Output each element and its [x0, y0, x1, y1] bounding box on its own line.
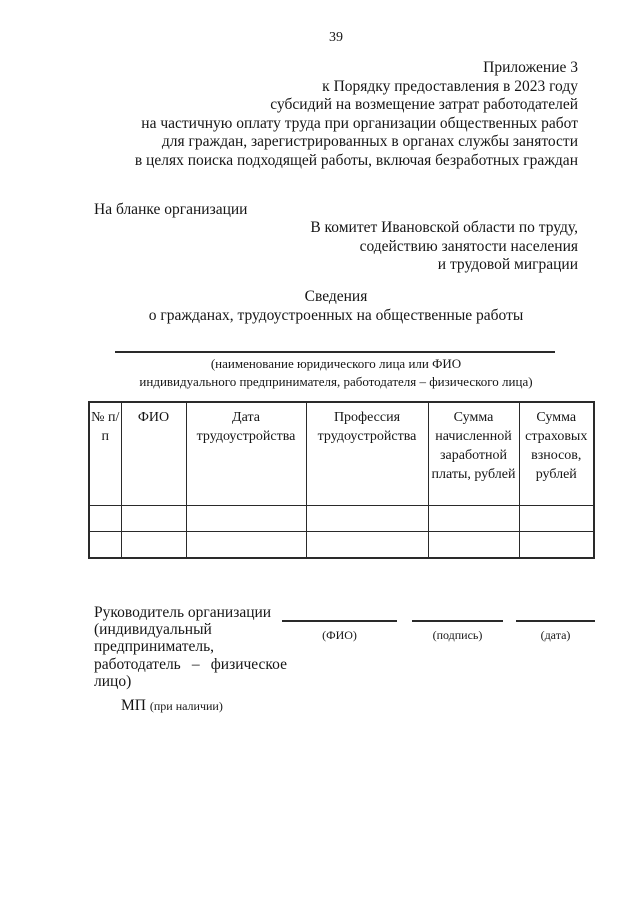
document-page: 39 Приложение 3 к Порядку предоставления… — [0, 0, 640, 905]
signature-field-caption: (подпись) — [412, 622, 503, 643]
signer-title-line: работодатель – физическое — [94, 656, 287, 673]
table-cell — [121, 506, 186, 532]
signature-field-podpis: (подпись) — [412, 620, 503, 643]
table-header-cell-insurance-sum: Сумма страховых взносов, рублей — [519, 402, 594, 506]
seal-availability-note: (при наличии) — [150, 699, 223, 713]
table-header-cell-number: № п/п — [89, 402, 121, 506]
signer-title-line: предприниматель, — [94, 638, 287, 655]
table-row — [89, 506, 594, 532]
appendix-line: к Порядку предоставления в 2023 году — [80, 78, 578, 97]
table-cell — [89, 506, 121, 532]
seal-note: МП (при наличии) — [121, 697, 223, 715]
table-cell — [306, 506, 428, 532]
table-cell — [186, 506, 306, 532]
table-cell — [89, 532, 121, 559]
employment-table: № п/п ФИО Дата трудоустройства Профессия… — [88, 401, 595, 559]
table-header-row: № п/п ФИО Дата трудоустройства Профессия… — [89, 402, 594, 506]
appendix-line: в целях поиска подходящей работы, включа… — [80, 152, 578, 171]
appendix-line: субсидий на возмещение затрат работодате… — [80, 96, 578, 115]
recipient-line: и трудовой миграции — [200, 256, 578, 275]
table-header-cell-fio: ФИО — [121, 402, 186, 506]
recipient-line: содействию занятости населения — [200, 238, 578, 257]
appendix-line: для граждан, зарегистрированных в органа… — [80, 133, 578, 152]
table-header-cell-salary-sum: Сумма начисленной заработной платы, рубл… — [428, 402, 519, 506]
table-cell — [186, 532, 306, 559]
document-title: Сведения о гражданах, трудоустроенных на… — [94, 288, 578, 325]
document-title-line: о гражданах, трудоустроенных на обществе… — [94, 307, 578, 326]
signature-field-fio: (ФИО) — [282, 620, 397, 643]
table-header-cell-profession: Профессия трудоустройства — [306, 402, 428, 506]
table-cell — [306, 532, 428, 559]
signer-title-line: лицо) — [94, 673, 287, 690]
page-number: 39 — [94, 30, 578, 46]
table-cell — [121, 532, 186, 559]
signer-title-block: Руководитель организации (индивидуальный… — [94, 604, 287, 690]
appendix-block: Приложение 3 к Порядку предоставления в … — [80, 59, 578, 171]
table-cell — [428, 506, 519, 532]
org-name-caption-line: (наименование юридического лица или ФИО — [94, 355, 578, 373]
org-name-caption-line: индивидуального предпринимателя, работод… — [94, 373, 578, 391]
table-header-cell-employment-date: Дата трудоустройства — [186, 402, 306, 506]
document-title-line: Сведения — [94, 288, 578, 307]
table-cell — [519, 506, 594, 532]
seal-label: МП — [121, 697, 146, 714]
table-cell — [428, 532, 519, 559]
signer-title-line: (индивидуальный — [94, 621, 287, 638]
letterhead-note: На бланке организации — [94, 201, 247, 219]
appendix-line: Приложение 3 — [80, 59, 578, 78]
signature-field-caption: (дата) — [516, 622, 595, 643]
org-name-caption: (наименование юридического лица или ФИО … — [94, 355, 578, 390]
appendix-line: на частичную оплату труда при организаци… — [80, 115, 578, 134]
table-cell — [519, 532, 594, 559]
recipient-line: В комитет Ивановской области по труду, — [200, 219, 578, 238]
signer-title-line: Руководитель организации — [94, 604, 287, 621]
signature-field-caption: (ФИО) — [282, 622, 397, 643]
org-name-fill-line — [115, 351, 555, 353]
signature-field-data: (дата) — [516, 620, 595, 643]
table-row — [89, 532, 594, 559]
recipient-block: В комитет Ивановской области по труду, с… — [200, 219, 578, 275]
